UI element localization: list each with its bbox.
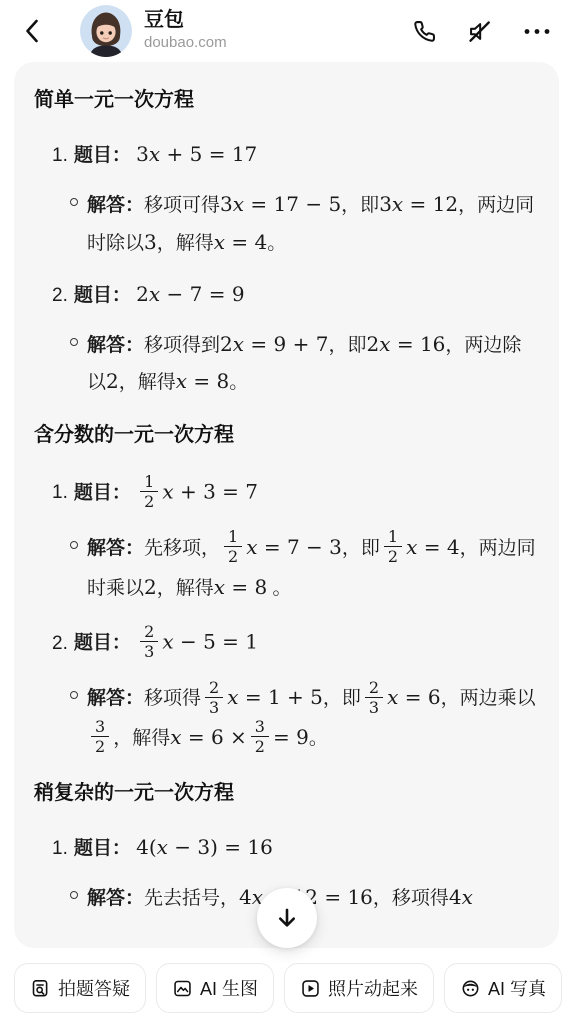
ai-image-icon [172, 978, 193, 999]
answer-text: ，即 [342, 538, 380, 559]
bullet-icon [70, 691, 78, 699]
math-expression: x + 3 = 7 [162, 479, 258, 503]
bullet-icon [70, 541, 78, 549]
toolbar-button-label: AI 生图 [200, 975, 258, 1001]
math-expression: 3x = 17 − 5 [220, 192, 341, 216]
answer-text: 先移项， [144, 538, 220, 559]
fraction-numerator: 1 [384, 527, 402, 546]
math-expression: 3x = 12 [379, 192, 458, 216]
answer-text: ，即 [341, 195, 379, 216]
answer-text: ，解得 [157, 233, 214, 254]
answer-label: 解答： [87, 195, 144, 216]
math-expression: x = 6 [387, 685, 440, 709]
back-button[interactable] [16, 14, 48, 48]
problem-title: 1.题目： 12x + 3 = 7 [52, 474, 539, 513]
contact-subtitle: doubao.com [144, 33, 227, 53]
answer-text: 。 [309, 728, 328, 749]
problem-number: 1. [52, 145, 68, 166]
math-expression: 2x = 9 + 7 [220, 332, 328, 356]
fraction-denominator: 3 [140, 641, 158, 661]
math-expression: x = 8 [214, 575, 267, 599]
problem-title: 1.题目： 4(x − 3) = 16 [52, 832, 539, 863]
problem-label: 题目： [74, 285, 136, 306]
section-heading: 简单一元一次方程 [34, 88, 539, 113]
answer-body: 解答：先移项，12x = 7 − 3，即12x = 4，两边同时乘以2，解得x … [87, 529, 539, 606]
answer-text: ，两边乘以 [441, 688, 536, 709]
fraction-numerator: 1 [224, 527, 242, 546]
math-expression: = 9 [273, 725, 309, 749]
speaker-muted-icon [466, 18, 493, 45]
toolbar-button-AI生图[interactable]: AI 生图 [156, 963, 274, 1013]
problem-answer: 解答：先移项，12x = 7 − 3，即12x = 4，两边同时乘以2，解得x … [70, 529, 539, 606]
toolbar-button-AI写真[interactable]: AI 写真 [444, 963, 562, 1013]
math-fraction: 32 [91, 717, 109, 756]
answer-text: ，解得 [119, 372, 176, 393]
scroll-to-bottom-button[interactable] [257, 888, 317, 948]
math-expression: x = 7 − 3 [246, 535, 342, 559]
fraction-denominator: 2 [251, 736, 269, 756]
avatar[interactable] [80, 5, 132, 57]
math-expression: x = 8 [176, 369, 229, 393]
math-expression: x − 5 = 1 [162, 630, 258, 654]
answer-text: ，解得 [113, 728, 170, 749]
fraction-numerator: 2 [205, 678, 223, 697]
problem-title: 2.题目： 2x − 7 = 9 [52, 279, 539, 310]
answer-body: 解答：移项得23x = 1 + 5，即23x = 6，两边乘以32，解得x = … [87, 679, 539, 758]
equation-section: 含分数的一元一次方程1.题目： 12x + 3 = 7解答：先移项，12x = … [34, 423, 539, 759]
fraction-numerator: 3 [91, 717, 109, 736]
photo-question-icon [30, 978, 51, 999]
bullet-icon [70, 198, 78, 206]
photo-play-icon [300, 978, 321, 999]
equation-section: 简单一元一次方程1.题目： 3x + 5 = 17解答：移项可得3x = 17 … [34, 88, 539, 401]
arrow-down-icon [274, 905, 300, 931]
answer-text: 移项得 [144, 688, 201, 709]
answer-body: 解答：移项得到2x = 9 + 7，即2x = 16，两边除以2，解得x = 8… [87, 326, 539, 400]
header-actions [409, 16, 557, 47]
answer-text: 。 [267, 233, 286, 254]
phone-call-icon [411, 18, 438, 45]
problem-label: 题目： [74, 838, 136, 859]
fraction-numerator: 3 [251, 717, 269, 736]
problem-answer: 解答：移项可得3x = 17 − 5，即3x = 12，两边同时除以3，解得x … [70, 186, 539, 260]
fraction-numerator: 2 [140, 622, 158, 641]
back-icon [22, 18, 42, 44]
answer-text: 先去括号， [144, 888, 239, 909]
math-expression: x = 4 [214, 230, 267, 254]
math-expression: 4x [449, 885, 473, 909]
answer-text: 。 [229, 372, 248, 393]
problem-number: 1. [52, 838, 68, 859]
problem-label: 题目： [74, 482, 136, 503]
answer-text: ，移项得 [373, 888, 449, 909]
contact-info: 豆包 doubao.com [144, 9, 227, 53]
fraction-denominator: 3 [205, 697, 223, 717]
answer-text: ，即 [323, 688, 361, 709]
answer-label: 解答： [87, 538, 144, 559]
toolbar-button-label: 照片动起来 [328, 975, 418, 1001]
ai-portrait-icon [460, 978, 481, 999]
more-dots-icon [521, 18, 553, 45]
math-expression: x = 6 × [170, 725, 247, 749]
math-fraction: 23 [140, 622, 158, 661]
answer-label: 解答： [87, 888, 144, 909]
answer-text: 移项得到 [144, 335, 220, 356]
math-expression: x = 4 [406, 535, 459, 559]
problem-answer: 解答：移项得到2x = 9 + 7，即2x = 16，两边除以2，解得x = 8… [70, 326, 539, 400]
math-fraction: 12 [224, 527, 242, 566]
problem-label: 题目： [74, 633, 136, 654]
math-expression: 2x − 7 = 9 [136, 282, 244, 306]
problem-label: 题目： [74, 145, 136, 166]
assistant-message-card: 简单一元一次方程1.题目： 3x + 5 = 17解答：移项可得3x = 17 … [14, 62, 559, 948]
more-button[interactable] [519, 16, 555, 47]
problem-title: 1.题目： 3x + 5 = 17 [52, 139, 539, 170]
math-fraction: 32 [251, 717, 269, 756]
math-fraction: 12 [140, 472, 158, 511]
problem-number: 2. [52, 633, 68, 654]
quick-actions-toolbar: 拍题答疑AI 生图照片动起来AI 写真 [14, 963, 559, 1013]
toolbar-button-照片动起来[interactable]: 照片动起来 [284, 963, 434, 1013]
fraction-denominator: 2 [384, 546, 402, 566]
math-expression: 4(x − 3) = 16 [136, 835, 273, 859]
contact-name: 豆包 [144, 9, 227, 32]
problem-number: 2. [52, 285, 68, 306]
math-expression: 2 [106, 369, 119, 393]
problem-title: 2.题目： 23x − 5 = 1 [52, 624, 539, 663]
mute-button[interactable] [464, 16, 495, 47]
section-heading: 稍复杂的一元一次方程 [34, 781, 539, 806]
fraction-numerator: 2 [365, 678, 383, 697]
answer-text: 移项可得 [144, 195, 220, 216]
math-expression: 2x = 16 [366, 332, 445, 356]
math-expression: 3x + 5 = 17 [136, 142, 257, 166]
math-expression: x = 1 + 5 [227, 685, 323, 709]
answer-text: ，解得 [157, 578, 214, 599]
math-fraction: 12 [384, 527, 402, 566]
fraction-denominator: 2 [224, 546, 242, 566]
math-expression: 3 [144, 230, 157, 254]
bullet-icon [70, 891, 78, 899]
fraction-denominator: 2 [140, 491, 158, 511]
answer-text: 。 [267, 578, 291, 599]
answer-label: 解答： [87, 688, 144, 709]
math-fraction: 23 [205, 678, 223, 717]
problem-answer: 解答：移项得23x = 1 + 5，即23x = 6，两边乘以32，解得x = … [70, 679, 539, 758]
voice-call-button[interactable] [409, 16, 440, 47]
math-fraction: 23 [365, 678, 383, 717]
problem-number: 1. [52, 482, 68, 503]
bullet-icon [70, 338, 78, 346]
section-heading: 含分数的一元一次方程 [34, 423, 539, 448]
answer-body: 解答：移项可得3x = 17 − 5，即3x = 12，两边同时除以3，解得x … [87, 186, 539, 260]
toolbar-button-label: AI 写真 [488, 975, 546, 1001]
fraction-denominator: 3 [365, 697, 383, 717]
chat-header: 豆包 doubao.com [0, 0, 573, 62]
toolbar-button-拍题答疑[interactable]: 拍题答疑 [14, 963, 146, 1013]
toolbar-button-label: 拍题答疑 [58, 975, 130, 1001]
fraction-numerator: 1 [140, 472, 158, 491]
math-expression: 2 [144, 575, 157, 599]
fraction-denominator: 2 [91, 736, 109, 756]
answer-text: ，即 [328, 335, 366, 356]
answer-label: 解答： [87, 335, 144, 356]
